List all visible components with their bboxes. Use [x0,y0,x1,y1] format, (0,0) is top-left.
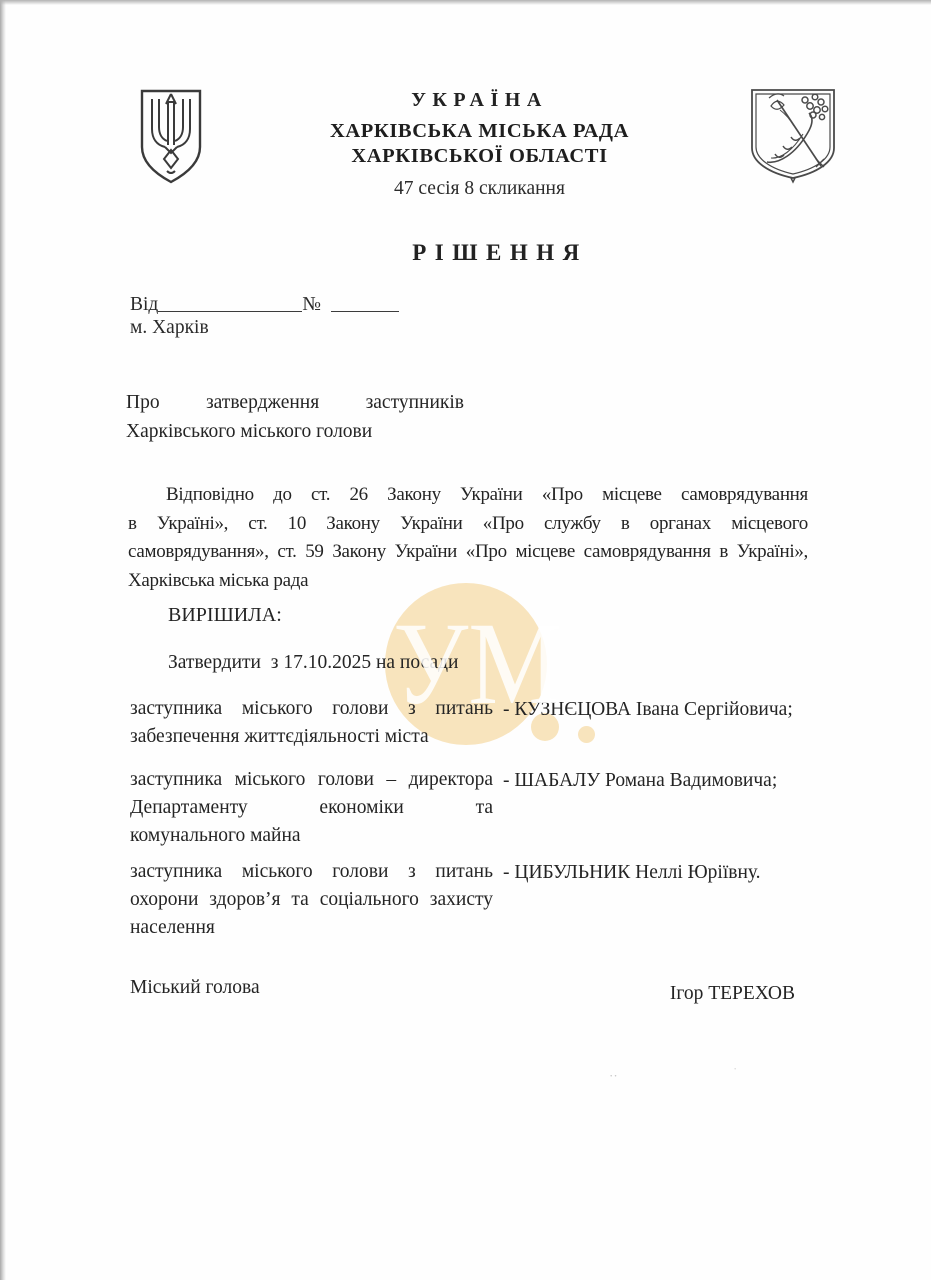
signature-title: Міський голова [130,977,260,999]
city-label: м. Харків [130,317,209,339]
document-page: УКРАЇНА ХАРКІВСЬКА МІСЬКА РАДА ХАРКІВСЬК… [0,0,931,1280]
text-line: Відповідно до ст. 26 Закону України «Про… [128,481,808,510]
scan-speck: ·· [609,1068,618,1084]
appointment-person: - ШАБАЛУ Романа Вадимовича; [503,767,777,795]
text-line: заступника міського голови – директора [130,766,493,794]
header-country: УКРАЇНА [27,89,931,112]
appointment-row: заступника міського голови – директораДе… [130,766,840,850]
text-line: охорони здоров’я та соціального захисту [130,886,493,914]
text-line: Департаменту економіки та [130,794,493,822]
text-line: Харківського міського голови [126,418,464,447]
preamble-paragraph: Відповідно до ст. 26 Закону України «Про… [128,481,808,595]
text-line: комунального майна [130,822,493,850]
from-label: Від [130,294,158,315]
appointment-position: заступника міського голови з питаньохоро… [130,858,493,942]
header-council-line1: ХАРКІВСЬКА МІСЬКА РАДА [27,120,931,143]
number-blank-line [331,293,399,312]
text-line: самоврядування», ст. 59 Закону України «… [128,538,808,567]
subject-block: Про затвердження заступниківХарківського… [126,389,464,446]
signature-name: Ігор ТЕРЕХОВ [560,983,795,1005]
scan-speck: · [733,1061,737,1077]
date-blank-line [158,293,302,312]
watermark-um-letters: УМ [393,585,539,743]
header-council-line2: ХАРКІВСЬКОЇ ОБЛАСТІ [27,145,931,168]
text-line: заступника міського голови з питань [130,858,493,886]
appointment-person: - ЦИБУЛЬНИК Неллі Юріївну. [503,859,761,887]
appointment-row: заступника міського голови з питаньохоро… [130,858,840,942]
appointment-position: заступника міського голови – директораДе… [130,766,493,850]
text-line: Про затвердження заступників [126,389,464,418]
number-label: № [302,294,321,315]
document-title: РІШЕННЯ [70,240,930,266]
text-line: населення [130,914,493,942]
decision-word: ВИРІШИЛА: [168,604,282,627]
text-line: в Україні», ст. 10 Закону України «Про с… [128,510,808,539]
header-session: 47 сесія 8 скликання [27,178,931,200]
date-number-line: Від№ [130,293,399,316]
